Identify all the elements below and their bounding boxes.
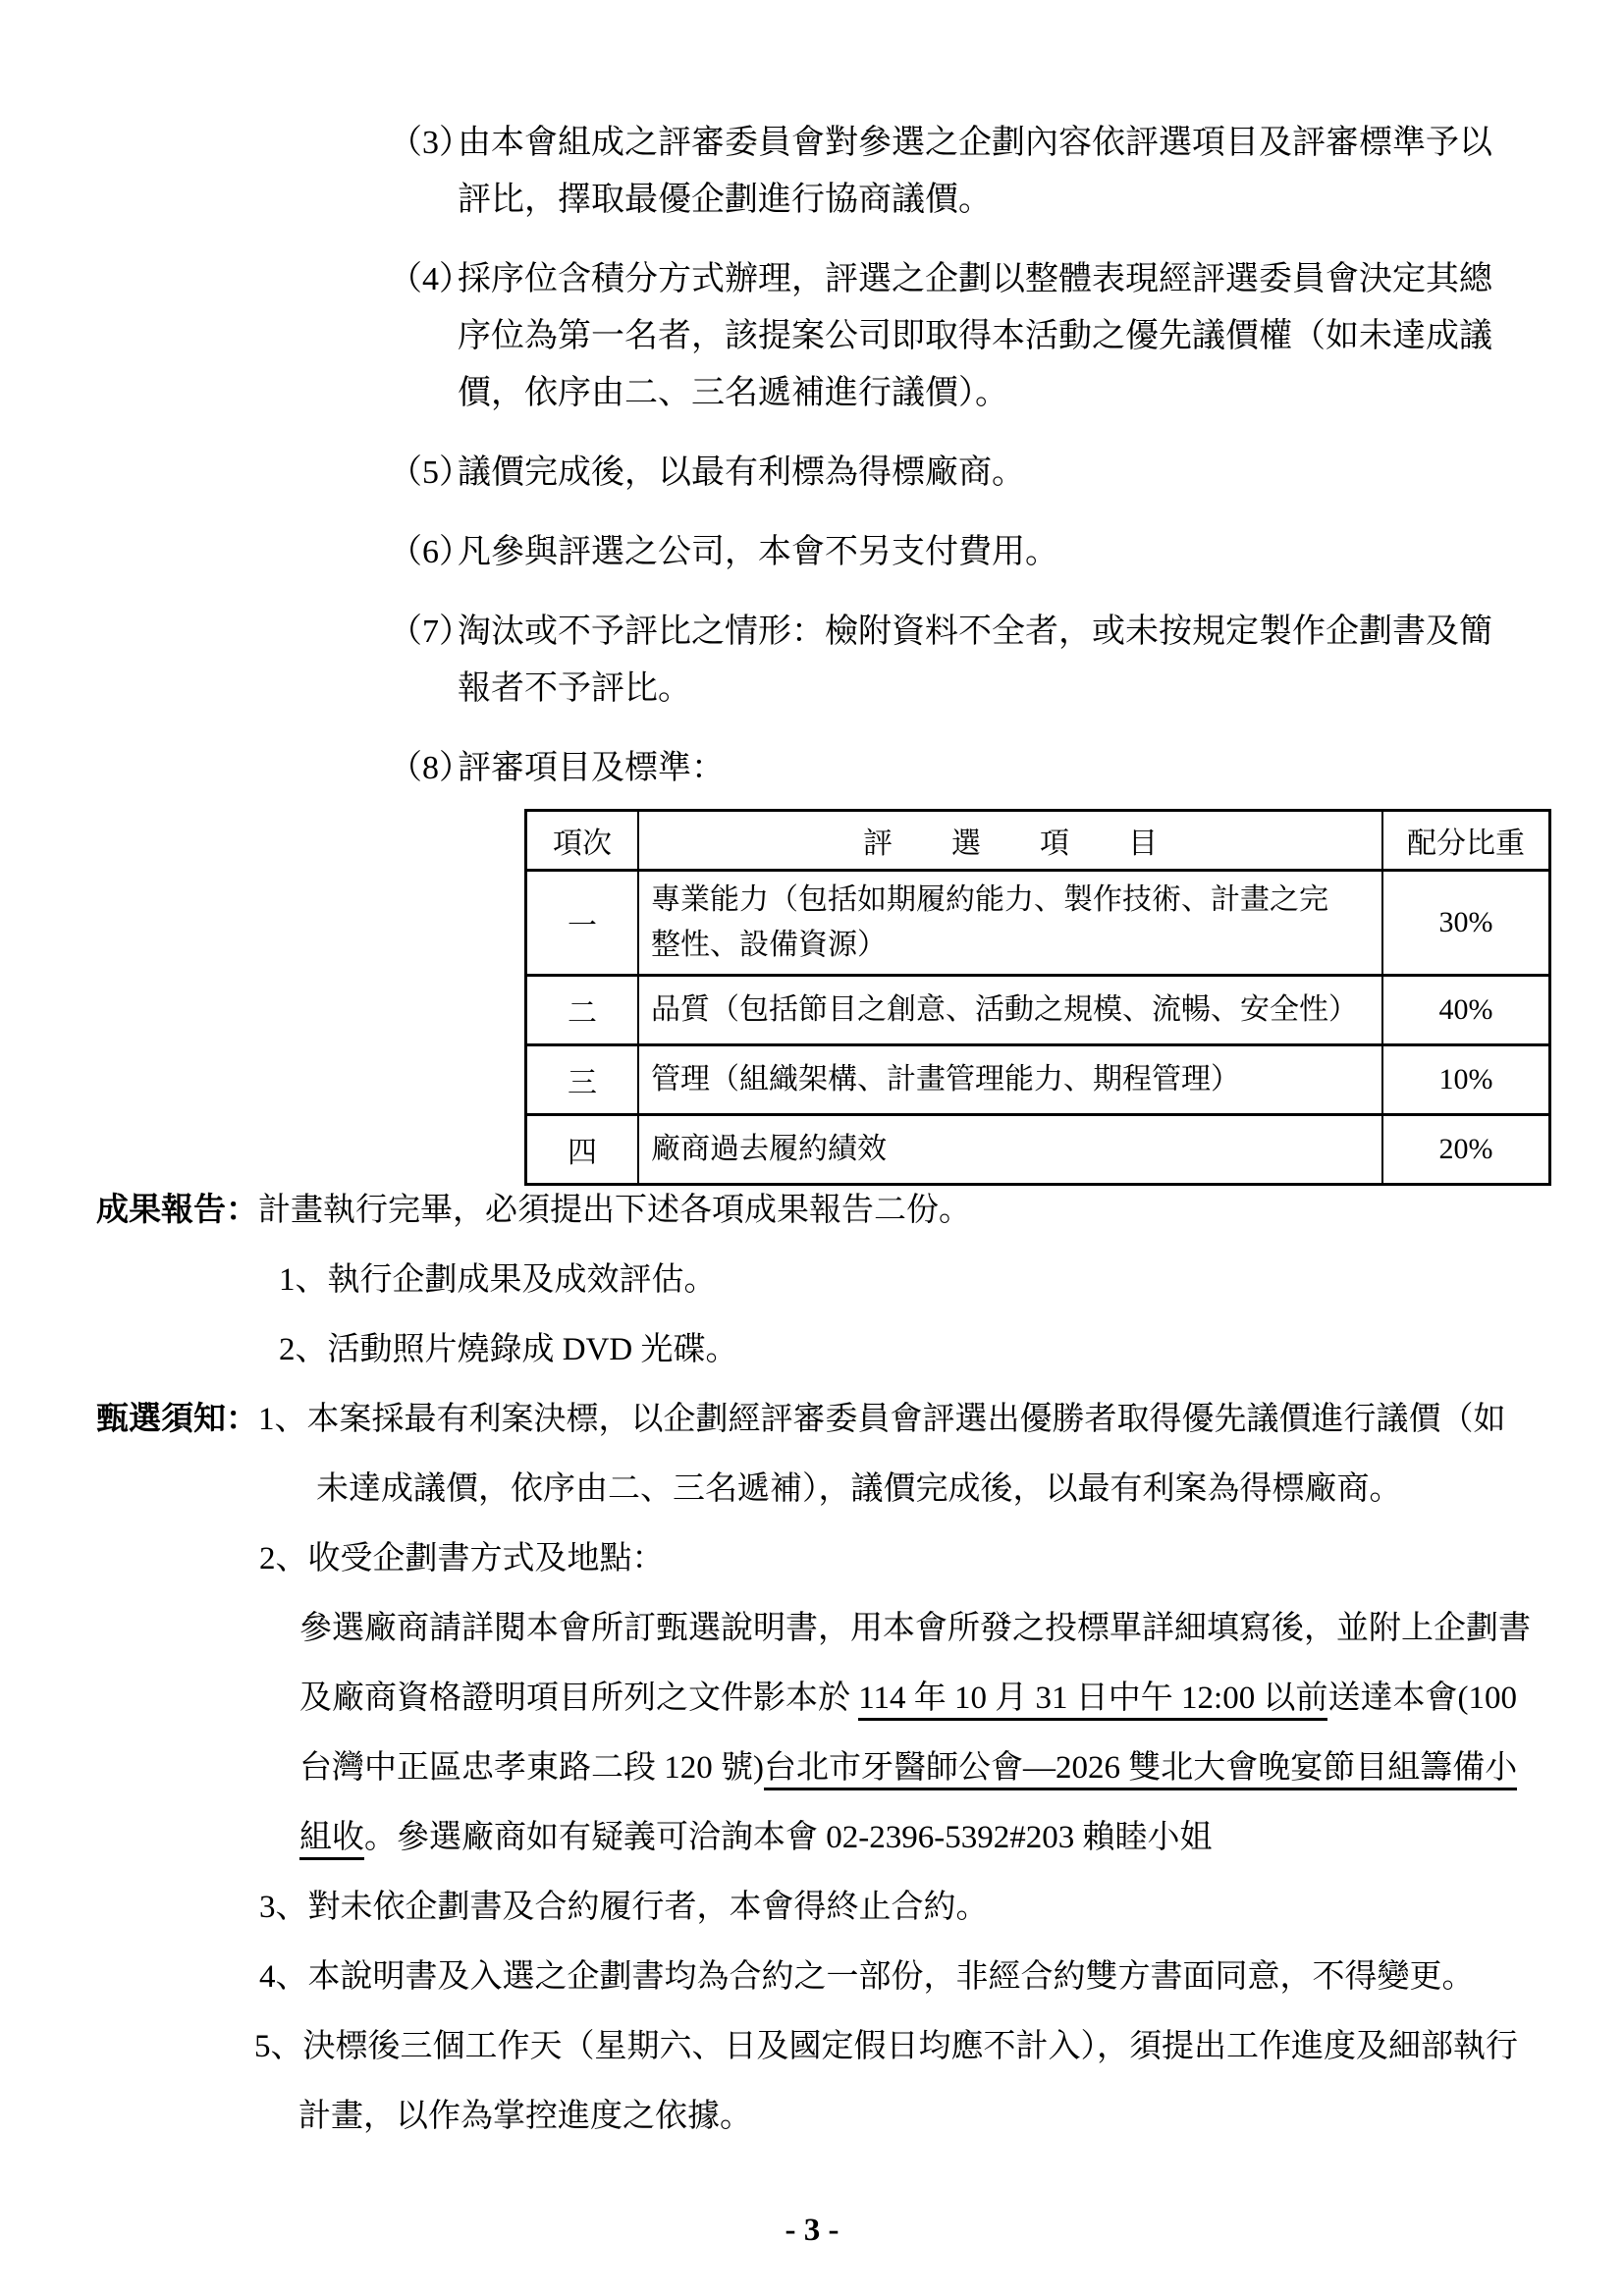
item-7-text: 淘汰或不予評比之情形：檢附資料不全者，或未按規定製作企劃書及簡 xyxy=(458,614,1492,650)
item-5-number: （5） xyxy=(389,445,472,502)
list-item-4-line-3: 價，依序由二、三名遞補進行議價）。 xyxy=(458,365,1557,422)
notice-item-1-line-2: 未達成議價，依序由二、三名遞補），議價完成後，以最有利案為得標廠商。 xyxy=(316,1455,1402,1524)
item-8-text: 評審項目及標準： xyxy=(458,750,725,786)
item-4-text: 採序位含積分方式辦理，評選之企劃以整體表現經評選委員會決定其總 xyxy=(458,261,1492,297)
criteria-row-1-weight: 30% xyxy=(1382,871,1550,976)
list-item-6: （6） 凡參與評選之公司，本會不另支付費用。 xyxy=(389,524,1557,581)
criteria-row-2: 二 品質（包括節目之創意、活動之規模、流暢、安全性） 40% xyxy=(526,976,1550,1045)
criteria-row-2-no: 二 xyxy=(526,976,639,1045)
cell-line: 管理（組織架構、計畫管理能力、期程管理） xyxy=(651,1057,1370,1102)
criteria-row-2-item: 品質（包括節目之創意、活動之規模、流暢、安全性） xyxy=(638,976,1382,1045)
notice-item-2-para-line-1: 參選廠商請詳閱本會所訂甄選說明書，用本會所發之投標單詳細填寫後，並附上企劃書 xyxy=(299,1594,1531,1664)
criteria-row-1: 一 專業能力（包括如期履約能力、製作技術、計畫之完整性、設備資源） 30% xyxy=(526,871,1550,976)
text-segment: 台灣中正區忠孝東路二段 120 號) xyxy=(299,1750,764,1786)
criteria-row-1-item: 專業能力（包括如期履約能力、製作技術、計畫之完整性、設備資源） xyxy=(638,871,1382,976)
item-7-number: （7） xyxy=(389,604,472,661)
criteria-row-2-weight: 40% xyxy=(1382,976,1550,1045)
item-6-number: （6） xyxy=(389,524,472,581)
criteria-row-4-no: 四 xyxy=(526,1115,639,1185)
item-4-number: （4） xyxy=(389,251,472,308)
text-segment: 。參選廠商如有疑義可洽詢本會 02-2396-5392#203 賴睦小姐 xyxy=(364,1820,1212,1855)
criteria-row-3-no: 三 xyxy=(526,1045,639,1115)
criteria-table-header-row: 項次 評 選 項 目 配分比重 xyxy=(526,811,1550,871)
list-item-8: （8） 評審項目及標準： xyxy=(389,740,1557,797)
column-header-no: 項次 xyxy=(526,811,639,871)
notice-item-2-para-line-2: 及廠商資格證明項目所列之文件影本於 114 年 10 月 31 日中午 12:0… xyxy=(299,1664,1517,1734)
notice-section-heading: 甄選須知：1、本案採最有利案決標，以企劃經評審委員會評選出優勝者取得優先議價進行… xyxy=(96,1385,1506,1455)
report-section-label: 成果報告： xyxy=(96,1193,258,1228)
underlined-text: 114 年 10 月 31 日中午 12:00 以前 xyxy=(858,1681,1327,1721)
notice-item-4: 4、本說明書及入選之企劃書均為合約之一部份，非經合約雙方書面同意，不得變更。 xyxy=(259,1943,1475,2012)
page-number: - 3 - xyxy=(0,2196,1624,2266)
notice-item-2-para-line-4: 組收。參選廠商如有疑義可洽詢本會 02-2396-5392#203 賴睦小姐 xyxy=(299,1803,1212,1873)
item-6-text: 凡參與評選之公司，本會不另支付費用。 xyxy=(458,534,1058,570)
report-item-2: 2、活動照片燒錄成 DVD 光碟。 xyxy=(279,1315,738,1385)
cell-line: 專業能力（包括如期履約能力、製作技術、計畫之完 xyxy=(651,878,1370,923)
list-item-5-line-1: （5） 議價完成後，以最有利標為得標廠商。 xyxy=(458,445,1557,502)
list-item-3: （3） 由本會組成之評審委員會對參選之企劃內容依評選項目及評審標準予以 評比，擇… xyxy=(389,115,1557,229)
item-3-number: （3） xyxy=(389,115,472,172)
list-item-3-line-1: （3） 由本會組成之評審委員會對參選之企劃內容依評選項目及評審標準予以 xyxy=(458,115,1557,172)
list-item-7-line-1: （7） 淘汰或不予評比之情形：檢附資料不全者，或未按規定製作企劃書及簡 xyxy=(458,604,1557,661)
notice-item-5-line-1: 5、決標後三個工作天（星期六、日及國定假日均應不計入），須提出工作進度及細部執行 xyxy=(254,2012,1518,2082)
document-page: （3） 由本會組成之評審委員會對參選之企劃內容依評選項目及評審標準予以 評比，擇… xyxy=(0,0,1624,2296)
text-segment: 及廠商資格證明項目所列之文件影本於 xyxy=(299,1681,858,1716)
report-section-intro: 計畫執行完畢，必須提出下述各項成果報告二份。 xyxy=(258,1193,971,1228)
notice-item-2-title: 2、收受企劃書方式及地點： xyxy=(259,1524,665,1594)
criteria-row-3: 三 管理（組織架構、計畫管理能力、期程管理） 10% xyxy=(526,1045,1550,1115)
notice-item-2-para-line-3: 台灣中正區忠孝東路二段 120 號)台北市牙醫師公會—2026 雙北大會晚宴節目… xyxy=(299,1734,1517,1803)
report-section-heading: 成果報告：計畫執行完畢，必須提出下述各項成果報告二份。 xyxy=(96,1176,971,1246)
list-item-8-line-1: （8） 評審項目及標準： xyxy=(458,740,1557,797)
list-item-4-line-2: 序位為第一名者，該提案公司即取得本活動之優先議價權（如未達成議 xyxy=(458,308,1557,365)
item-8-number: （8） xyxy=(389,740,472,797)
notice-item-5-line-2: 計畫，以作為掌控進度之依據。 xyxy=(298,2082,752,2152)
list-item-4-line-1: （4） 採序位含積分方式辦理，評選之企劃以整體表現經評選委員會決定其總 xyxy=(458,251,1557,308)
text-segment: 送達本會(100 xyxy=(1327,1681,1517,1716)
underlined-text: 台北市牙醫師公會—2026 雙北大會晚宴節目組籌備小 xyxy=(764,1750,1517,1790)
criteria-row-4: 四 廠商過去履約績效 20% xyxy=(526,1115,1550,1185)
criteria-row-4-weight: 20% xyxy=(1382,1115,1550,1185)
list-item-5: （5） 議價完成後，以最有利標為得標廠商。 xyxy=(389,445,1557,502)
list-item-7: （7） 淘汰或不予評比之情形：檢附資料不全者，或未按規定製作企劃書及簡 報者不予… xyxy=(389,604,1557,718)
item-5-text: 議價完成後，以最有利標為得標廠商。 xyxy=(458,454,1025,491)
notice-item-3: 3、對未依企劃書及合約履行者，本會得終止合約。 xyxy=(259,1873,989,1943)
notice-item-1-line-1: 1、本案採最有利案決標，以企劃經評審委員會評選出優勝者取得優先議價進行議價（如 xyxy=(258,1402,1506,1437)
criteria-row-3-weight: 10% xyxy=(1382,1045,1550,1115)
list-item-7-line-2: 報者不予評比。 xyxy=(458,661,1557,718)
column-header-weight: 配分比重 xyxy=(1382,811,1550,871)
criteria-row-3-item: 管理（組織架構、計畫管理能力、期程管理） xyxy=(638,1045,1382,1115)
list-item-4: （4） 採序位含積分方式辦理，評選之企劃以整體表現經評選委員會決定其總 序位為第… xyxy=(389,251,1557,422)
notice-section-label: 甄選須知： xyxy=(96,1402,258,1437)
cell-line: 整性、設備資源） xyxy=(651,923,1370,968)
column-header-item: 評 選 項 目 xyxy=(638,811,1382,871)
report-item-1: 1、執行企劃成果及成效評估。 xyxy=(279,1246,717,1315)
list-item-3-line-2: 評比，擇取最優企劃進行協商議價。 xyxy=(458,172,1557,229)
list-item-6-line-1: （6） 凡參與評選之公司，本會不另支付費用。 xyxy=(458,524,1557,581)
underlined-text: 組收 xyxy=(299,1820,364,1860)
cell-line: 廠商過去履約績效 xyxy=(651,1127,1370,1172)
cell-line: 品質（包括節目之創意、活動之規模、流暢、安全性） xyxy=(651,988,1370,1033)
top-numbered-list: （3） 由本會組成之評審委員會對參選之企劃內容依評選項目及評審標準予以 評比，擇… xyxy=(389,115,1557,820)
criteria-row-4-item: 廠商過去履約績效 xyxy=(638,1115,1382,1185)
criteria-table: 項次 評 選 項 目 配分比重 一 專業能力（包括如期履約能力、製作技術、計畫之… xyxy=(524,809,1551,1186)
item-3-text: 由本會組成之評審委員會對參選之企劃內容依評選項目及評審標準予以 xyxy=(458,125,1492,161)
criteria-row-1-no: 一 xyxy=(526,871,639,976)
